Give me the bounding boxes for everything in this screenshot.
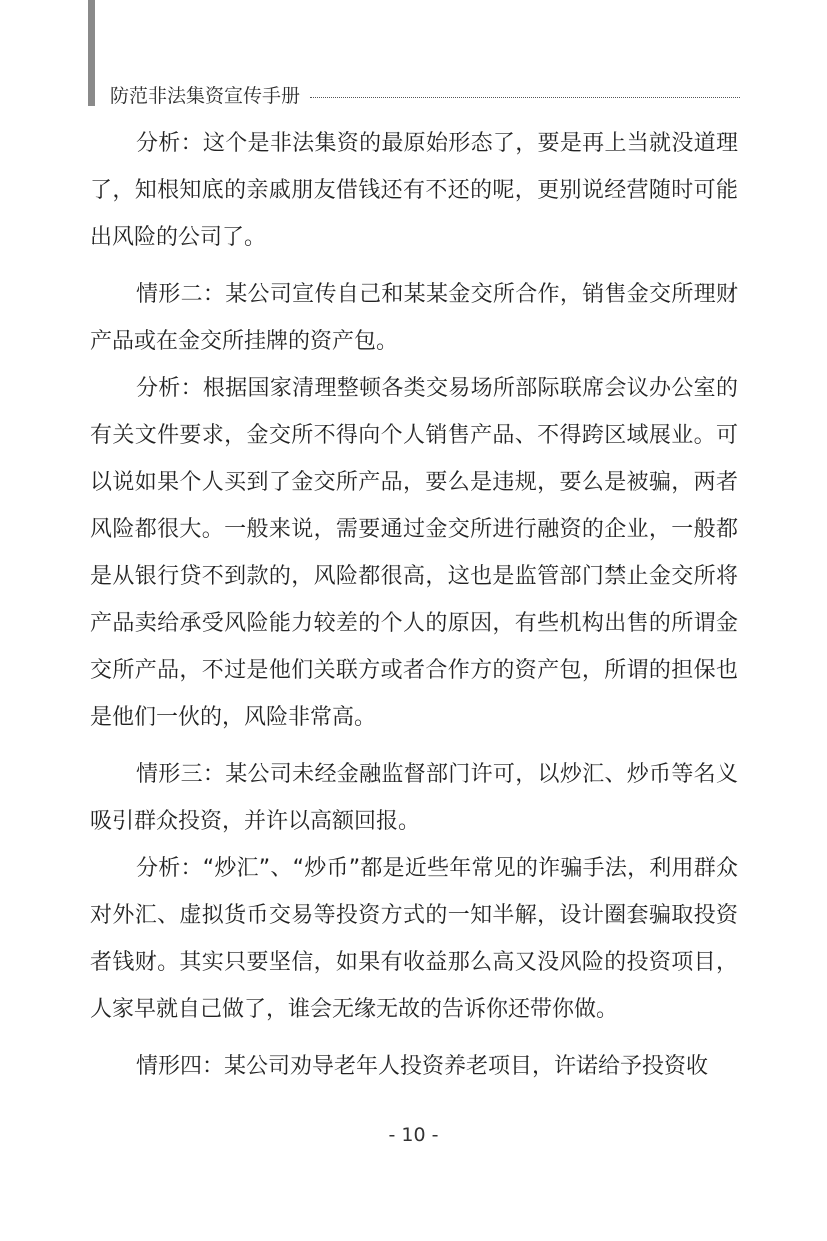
paragraph-lead: 情形四： — [136, 1054, 224, 1079]
scenario-paragraph: 情形二：某公司宣传自己和某某金交所合作，销售金交所理财产品或在金交所挂牌的资产包… — [90, 271, 738, 365]
document-title: 防范非法集资宣传手册 — [110, 81, 300, 108]
analysis-paragraph: 分析：这个是非法集资的最原始形态了，要是再上当就没道理了，知根知底的亲戚朋友借钱… — [90, 120, 738, 261]
paragraph-lead: 分析： — [136, 131, 203, 156]
page-body: 分析：这个是非法集资的最原始形态了，要是再上当就没道理了，知根知底的亲戚朋友借钱… — [90, 120, 738, 1090]
spacer — [90, 741, 738, 751]
paragraph-lead: 情形三： — [136, 762, 225, 787]
paragraph-lead: 情形二： — [136, 282, 225, 307]
page-number: - 10 - — [0, 1124, 827, 1146]
spacer — [90, 261, 738, 271]
paragraph-lead: 分析： — [136, 376, 203, 401]
paragraph-text: 某公司劝导老年人投资养老项目，许诺给予投资收 — [224, 1054, 708, 1079]
scenario-paragraph: 情形三：某公司未经金融监督部门许可，以炒汇、炒币等名义吸引群众投资，并许以高额回… — [90, 751, 738, 845]
spacer — [90, 1033, 738, 1043]
paragraph-text: 根据国家清理整顿各类交易场所部际联席会议办公室的有关文件要求，金交所不得向个人销… — [90, 376, 738, 730]
running-header: 防范非法集资宣传手册 — [110, 79, 740, 109]
analysis-paragraph: 分析：“炒汇”、“炒币”都是近些年常见的诈骗手法，利用群众对外汇、虚拟货币交易等… — [90, 845, 738, 1033]
scenario-paragraph: 情形四：某公司劝导老年人投资养老项目，许诺给予投资收 — [90, 1043, 738, 1090]
header-accent-bar — [88, 0, 95, 106]
paragraph-lead: 分析： — [136, 856, 203, 881]
header-dotted-rule — [310, 97, 740, 98]
analysis-paragraph: 分析：根据国家清理整顿各类交易场所部际联席会议办公室的有关文件要求，金交所不得向… — [90, 365, 738, 741]
